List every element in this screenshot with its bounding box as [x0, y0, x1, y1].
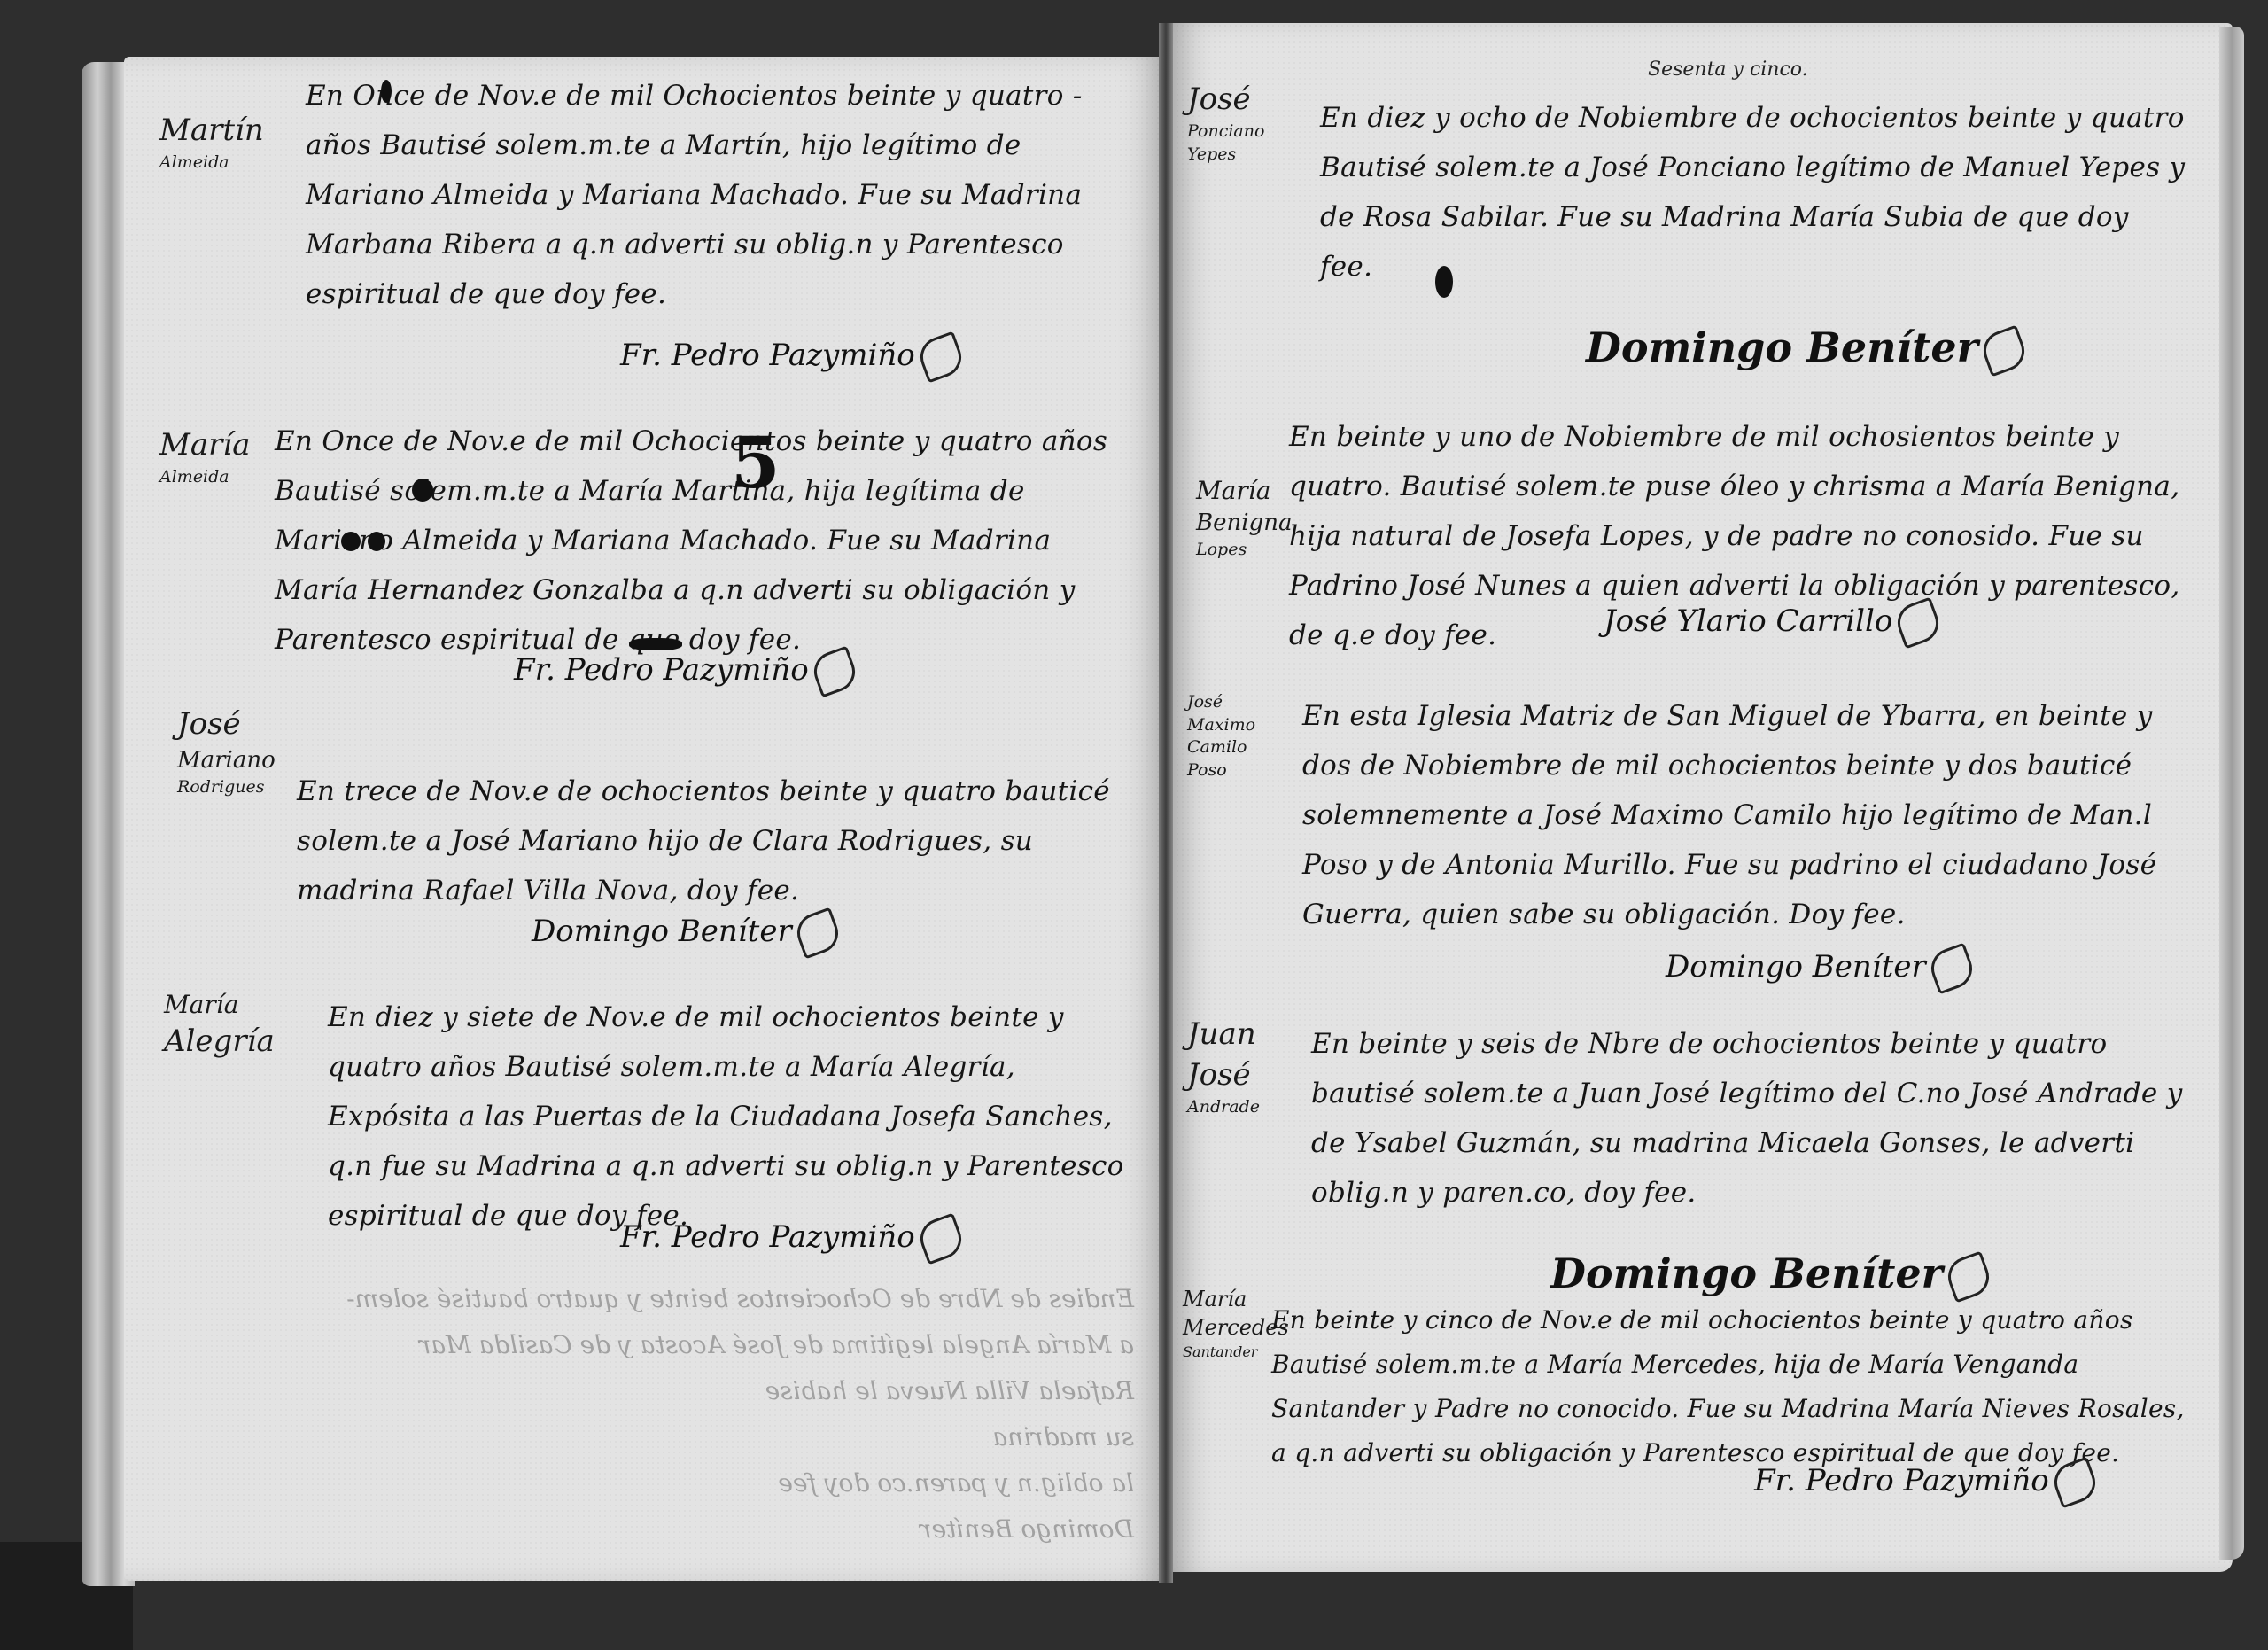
register-marker-number: 5: [731, 421, 781, 504]
signature-name: Domingo Beníter: [532, 914, 792, 949]
register-spread: Martín Almeida En Once de Nov.e de mil O…: [0, 0, 2268, 1650]
page-stack-right-edge: [2219, 27, 2244, 1560]
margin-name: José: [177, 704, 276, 745]
rubric-flourish-icon: [1892, 597, 1945, 650]
folio-heading: Sesenta y cinco.: [1648, 58, 1808, 81]
margin-name-2: Maximo: [1187, 714, 1255, 737]
ink-blot: [341, 532, 361, 551]
margin-name: María: [1196, 474, 1292, 508]
margin-name: Martín: [159, 111, 264, 152]
rubric-flourish-icon: [1942, 1251, 1994, 1304]
margin-name: Juan: [1187, 1015, 1260, 1055]
bleed-line: Endies de Nbre de Ochocientos beinte y q…: [159, 1276, 1134, 1322]
bleed-through-text: Endies de Nbre de Ochocientos beinte y q…: [159, 1276, 1134, 1553]
margin-name: José: [1187, 691, 1255, 714]
ink-blot: [368, 532, 385, 551]
margin-surname: Andrade: [1187, 1096, 1260, 1119]
margin-surname: Lopes: [1196, 539, 1292, 562]
signature-name: Fr. Pedro Pazymiño: [620, 338, 915, 373]
bleed-line: Domingo Beníter: [159, 1506, 1134, 1553]
baptism-entry-text: En beinte y seis de Nbre de ochocientos …: [1311, 1019, 2197, 1218]
margin-surname: Rodrigues: [177, 776, 276, 799]
signature-name: José Ylario Carrillo: [1604, 603, 1892, 639]
margin-name-2: Benigna: [1196, 508, 1292, 539]
margin-name-2: Mariano: [177, 745, 276, 776]
signature: Fr. Pedro Pazymiño: [620, 1218, 961, 1259]
bleed-line: Rafaela Villa Nueva le habise: [159, 1368, 1134, 1414]
margin-name: María: [164, 988, 275, 1022]
signature: Domingo Beníter: [1666, 948, 1972, 989]
signature-name: Domingo Beníter: [1586, 323, 1978, 371]
margin-note: Martín Almeida: [159, 111, 264, 175]
baptism-entry-text: En diez y ocho de Nobiembre de ochocient…: [1320, 93, 2188, 292]
margin-surname: Alegría: [164, 1022, 275, 1062]
baptism-entry-text: En beinte y cinco de Nov.e de mil ochoci…: [1271, 1298, 2193, 1475]
margin-surname: Almeida: [159, 152, 264, 175]
signature: Domingo Beníter: [532, 913, 838, 953]
margin-note: José Ponciano Yepes: [1187, 80, 1264, 166]
rubric-flourish-icon: [2048, 1457, 2101, 1509]
margin-name-2: Ponciano: [1187, 121, 1264, 144]
baptism-entry-text: En Once de Nov.e de mil Ochocientos bein…: [306, 71, 1138, 319]
margin-surname: Almeida: [159, 466, 250, 489]
signature: José Ylario Carrillo: [1604, 603, 1938, 643]
ink-blot: [412, 479, 433, 502]
margin-note: María Alegría: [164, 988, 275, 1062]
signature-name: Domingo Beníter: [1666, 949, 1926, 985]
margin-name-2: José: [1187, 1055, 1260, 1096]
bleed-line: su madrina: [159, 1414, 1134, 1460]
margin-note: María Almeida: [159, 425, 250, 489]
signature-name: Fr. Pedro Pazymiño: [620, 1219, 915, 1255]
signature: Fr. Pedro Pazymiño: [620, 337, 961, 377]
baptism-entry-text: En esta Iglesia Matriz de San Miguel de …: [1302, 691, 2197, 939]
margin-surname: Yepes: [1187, 144, 1264, 167]
signature: Domingo Beníter: [1550, 1249, 1989, 1297]
book-gutter: [1159, 23, 1173, 1583]
rubric-flourish-icon: [791, 907, 843, 960]
baptism-entry-text: En diez y siete de Nov.e de mil ochocien…: [328, 992, 1125, 1241]
margin-note: Juan José Andrade: [1187, 1015, 1260, 1118]
baptism-entry-text: En Once de Nov.e de mil Ochocientos bein…: [275, 416, 1116, 665]
margin-note: José Maximo Camilo Poso: [1187, 691, 1255, 782]
bleed-line: la oblig.n y paren.co doy fee: [159, 1460, 1134, 1506]
bleed-line: a María Angela legítima de José Acosta y…: [159, 1322, 1134, 1368]
margin-name-3: Camilo: [1187, 736, 1255, 759]
rubric-flourish-icon: [1925, 943, 1977, 995]
signature-name: Fr. Pedro Pazymiño: [1754, 1463, 2049, 1498]
rubric-flourish-icon: [914, 331, 967, 384]
signature: Domingo Beníter: [1586, 323, 2024, 371]
ink-blot: [381, 80, 392, 103]
signature: Fr. Pedro Pazymiño: [514, 651, 855, 692]
ink-blot: [629, 638, 682, 650]
margin-surname: Poso: [1187, 759, 1255, 782]
margin-note: María Benigna Lopes: [1196, 474, 1292, 562]
margin-note: José Mariano Rodrigues: [177, 704, 276, 799]
signature-name: Domingo Beníter: [1550, 1249, 1943, 1297]
margin-name: María: [159, 425, 250, 466]
signature: Fr. Pedro Pazymiño: [1754, 1462, 2095, 1503]
rubric-flourish-icon: [808, 646, 860, 698]
margin-name: José: [1187, 80, 1264, 121]
baptism-entry-text: En trece de Nov.e de ochocientos beinte …: [297, 767, 1112, 915]
signature-name: Fr. Pedro Pazymiño: [514, 652, 809, 688]
rubric-flourish-icon: [1977, 325, 2030, 377]
rubric-flourish-icon: [914, 1213, 967, 1265]
